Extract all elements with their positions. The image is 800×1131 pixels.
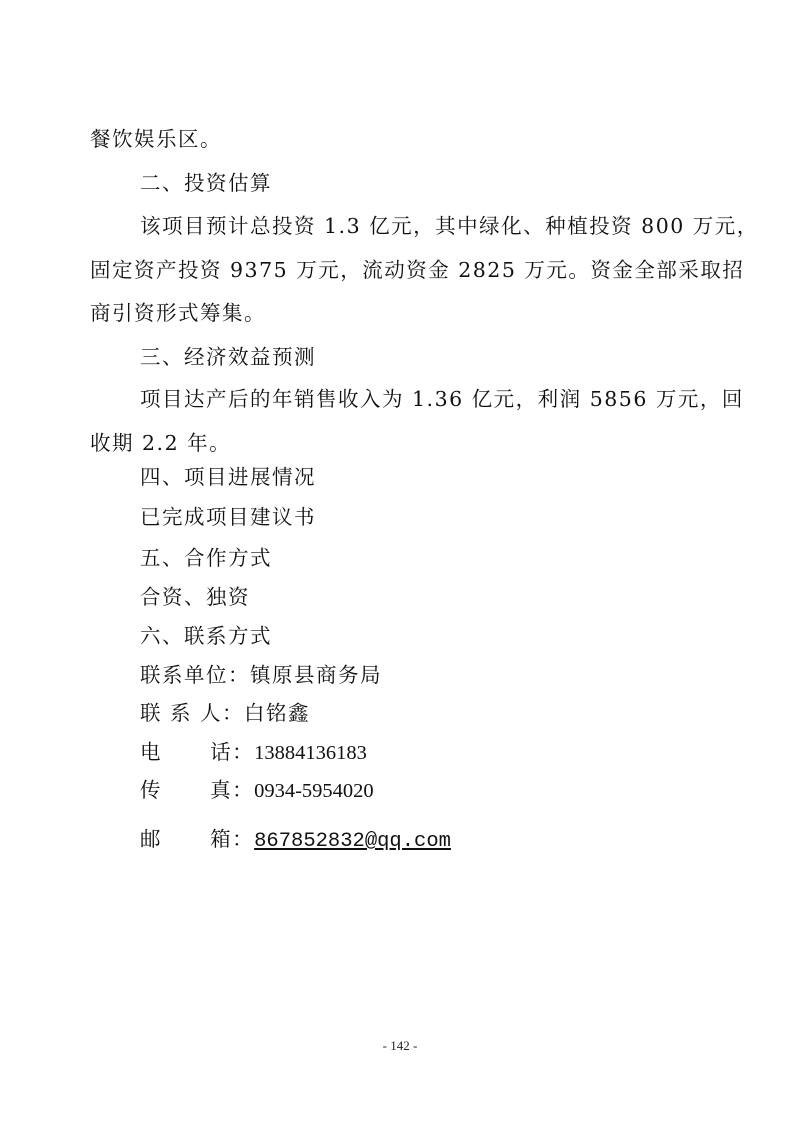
text-line: 合资、独资 [140, 585, 250, 609]
text-line: 商引资形式筹集。 [90, 301, 266, 325]
text-line: 项目达产后的年销售收入为 1.36 亿元，利润 5856 万元，回 [140, 387, 744, 411]
phone-label: 电 话： [140, 740, 254, 764]
section-heading-cooperation: 五、合作方式 [140, 546, 272, 570]
page-number: - 142 - [0, 1038, 800, 1054]
contact-phone-row: 电 话：13884136183 [140, 740, 367, 765]
section-heading-investment: 二、投资估算 [140, 171, 272, 195]
text-line: 餐饮娱乐区。 [90, 127, 222, 151]
contact-email-row: 邮 箱：867852832@qq.com [140, 827, 451, 854]
section-heading-benefit: 三、经济效益预测 [140, 345, 316, 369]
text-line: 该项目预计总投资 1.3 亿元，其中绿化、种植投资 800 万元， [140, 214, 759, 238]
section-heading-progress: 四、项目进展情况 [140, 465, 316, 489]
text-line: 已完成项目建议书 [140, 505, 316, 529]
email-link[interactable]: 867852832@qq.com [254, 830, 451, 853]
text-line: 固定资产投资 9375 万元，流动资金 2825 万元。资金全部采取招 [90, 258, 744, 282]
fax-label: 传 真： [140, 778, 254, 802]
contact-fax-row: 传 真：0934-5954020 [140, 778, 374, 803]
section-heading-contact: 六、联系方式 [140, 624, 272, 648]
email-label: 邮 箱： [140, 827, 254, 851]
fax-value: 0934-5954020 [254, 780, 374, 802]
phone-value: 13884136183 [254, 742, 367, 764]
contact-unit: 联系单位：镇原县商务局 [140, 663, 382, 687]
text-line: 收期 2.2 年。 [90, 431, 231, 455]
contact-person: 联 系 人：白铭鑫 [140, 701, 310, 725]
